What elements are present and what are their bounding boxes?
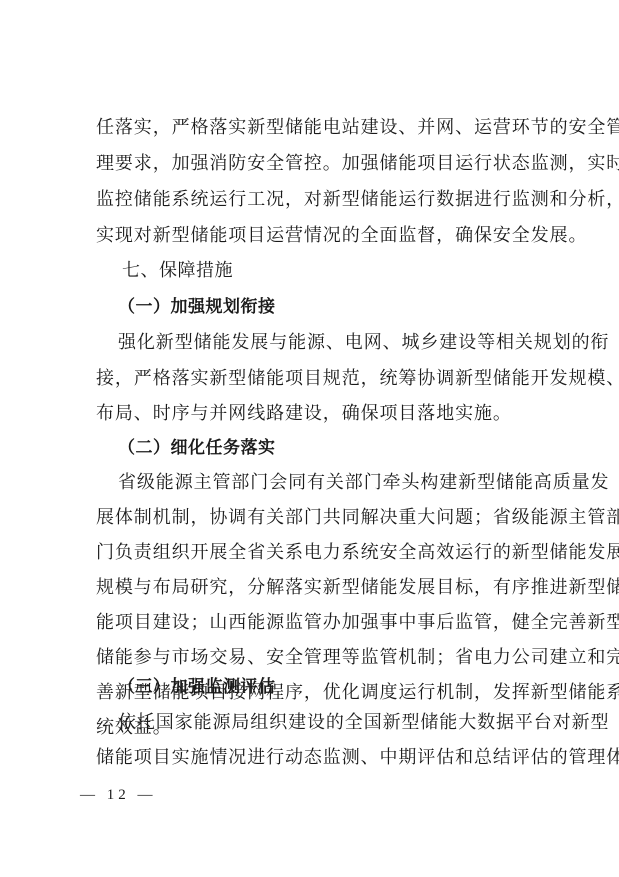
- subsection-heading: （三）加强监测评估: [118, 676, 548, 698]
- body-text-line: 任落实，严格落实新型储能电站建设、并网、运营环节的安全管: [96, 117, 526, 139]
- body-text-line: 依托国家能源局组织建设的全国新型储能大数据平台对新型: [118, 712, 548, 734]
- subsection-heading: （一）加强规划衔接: [118, 296, 548, 318]
- subsection-heading: （二）细化任务落实: [118, 437, 548, 459]
- page-number: — 12 —: [80, 787, 157, 804]
- body-text-line: 展体制机制，协调有关部门共同解决重大问题；省级能源主管部: [96, 507, 526, 529]
- body-text-line: 实现对新型储能项目运营情况的全面监督，确保安全发展。: [96, 225, 526, 247]
- document-page: 任落实，严格落实新型储能电站建设、并网、运营环节的安全管 理要求，加强消防安全管…: [0, 0, 619, 877]
- body-text-line: 储能项目实施情况进行动态监测、中期评估和总结评估的管理体: [96, 747, 526, 769]
- body-text-line: 省级能源主管部门会同有关部门牵头构建新型储能高质量发: [118, 472, 548, 494]
- body-text-line: 布局、时序与并网线路建设，确保项目落地实施。: [96, 403, 526, 425]
- body-text-line: 门负责组织开展全省关系电力系统安全高效运行的新型储能发展: [96, 542, 526, 564]
- body-text-line: 储能参与市场交易、安全管理等监管机制；省电力公司建立和完: [96, 647, 526, 669]
- body-text-line: 监控储能系统运行工况，对新型储能运行数据进行监测和分析，: [96, 189, 526, 211]
- body-text-line: 规模与布局研究，分解落实新型储能发展目标，有序推进新型储: [96, 577, 526, 599]
- section-heading: 七、保障措施: [122, 260, 552, 282]
- body-text-line: 能项目建设；山西能源监管办加强事中事后监管，健全完善新型: [96, 612, 526, 634]
- body-text-line: 接，严格落实新型储能项目规范，统筹协调新型储能开发规模、: [96, 368, 526, 390]
- body-text-line: 强化新型储能发展与能源、电网、城乡建设等相关规划的衔: [118, 332, 548, 354]
- body-text-line: 理要求，加强消防安全管控。加强储能项目运行状态监测，实时: [96, 153, 526, 175]
